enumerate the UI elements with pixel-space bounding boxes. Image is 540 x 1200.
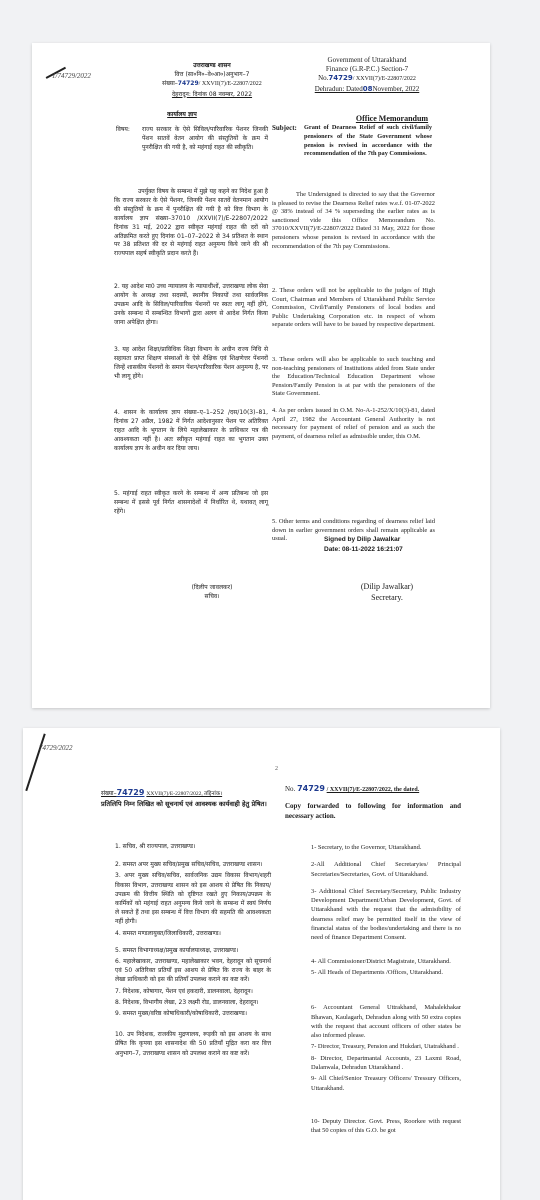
english-number-suffix: / XXVII(7)/E-22807/2022, the dated.: [327, 787, 420, 793]
list-item: 1. सचिव, श्री राज्यपाल, उत्तराखण्ड।: [115, 842, 271, 851]
hindi-para-3: 3. यह आदेश शिक्षा/प्राविधिक शिक्षा विभाग…: [114, 346, 268, 382]
date-suffix: November, 2022: [373, 85, 420, 93]
hindi-para-2: 2. यह आदेश मा0 उच्च न्यायालय के न्यायाधी…: [114, 283, 268, 328]
hindi-copy-intro: प्रतिलिपि निम्न लिखित को सूचनार्थ एवं आव…: [101, 799, 271, 810]
list-item: 2-All Additional Chief Secretaryies/ Pri…: [311, 860, 461, 879]
english-signatory-name: (Dilip Jawalkar): [332, 581, 442, 592]
english-title: Office Memorandum: [332, 114, 452, 123]
english-header-line1: Government of Uttarakhand: [282, 56, 452, 65]
list-item: 9- All Chief/Senior Treasury Officers/ T…: [311, 1074, 461, 1093]
list-item: 3- Additional Chief Secretary/Secretary,…: [311, 887, 461, 943]
signature-date: Date: 08-11-2022 16:21:07: [324, 545, 403, 555]
hindi-number-line: संख्या–74729/ XXVII(7)/E-22807/2022: [127, 79, 297, 89]
hindi-number-suffix: XXVII(7)/E-22807/2022, तद्दिनांक।: [146, 791, 222, 797]
signature-signed-by: Signed by Dilip Jawalkar: [324, 535, 403, 545]
hindi-para-4: 4. शासन के कार्यालय ज्ञाप संख्या–ए–1–252…: [114, 409, 268, 454]
english-para-1: The Undersigned is directed to say that …: [272, 191, 435, 251]
hindi-subject-label: विषय:: [116, 125, 130, 134]
english-subject: Grant of Dearness Relief of such civil/f…: [304, 124, 432, 159]
hindi-title: कार्यालय ज्ञाप: [142, 110, 222, 119]
list-item: 3. अपर मुख्य सचिव/सचिव, सार्वजनिक उद्यम …: [115, 871, 271, 926]
file-reference: 1/74729/2022: [52, 72, 91, 81]
hindi-copy-number: संख्या–74729 XXVII(7)/E-22807/2022, तद्द…: [101, 788, 291, 799]
english-number-prefix: No.: [318, 74, 328, 82]
list-item: 10- Deputy Director. Govt. Press, Roorke…: [311, 1117, 461, 1136]
list-item: 8. निदेशक, विभागीय लेखा, 23 लक्ष्मी रोड,…: [115, 998, 271, 1007]
ink-slash-mark: [25, 733, 45, 791]
english-copy-intro: Copy forwarded to following for informat…: [285, 801, 461, 821]
english-header: Government of Uttarakhand Finance (G.R-P…: [282, 56, 452, 94]
hindi-number-prefix: संख्या–: [101, 790, 117, 797]
list-item: 6. महालेखाकार, उत्तराखण्ड, महालेखाकार भव…: [115, 957, 271, 985]
list-item: 7. निदेशक, कोषागार, पेंशन एवं हकदारी, डा…: [115, 987, 271, 996]
list-item: 1- Secretary, to the Governor, Uttarakha…: [311, 843, 461, 852]
hindi-signatory-name: (दिलीप जावलकर): [172, 583, 252, 592]
document-page-1: 1/74729/2022 उत्तराखण्ड शासन वित्त (सा०न…: [32, 43, 490, 708]
english-copy-number: No. 74729 / XXVII(7)/E-22807/2022, the d…: [285, 784, 465, 795]
list-item: 9. समस्त मुख्य/वरिष्ठ कोषाधिकारी/कोषाधिक…: [115, 1009, 271, 1018]
english-para-4: 4. As per orders issued in O.M. No-A-1-2…: [272, 407, 435, 441]
hindi-subject: राज्य सरकार के ऐसे सिविल/पारिवारिक पेंशन…: [142, 125, 268, 153]
hindi-para-1: उपर्युक्त विषय के सम्बन्ध में मुझे यह कह…: [114, 188, 268, 259]
english-header-line2: Finance (G.R-P.C.) Section-7: [282, 65, 452, 74]
english-recipient-list: 1- Secretary, to the Governor, Uttarakha…: [311, 843, 461, 1142]
list-item: 4. समस्त मण्डलायुक्त/जिलाधिकारी, उत्तराख…: [115, 929, 271, 938]
list-item: 6- Accountant General Uttrakhand, Mahale…: [311, 1003, 461, 1040]
english-subject-label: Subject:: [272, 124, 297, 133]
handwritten-date: 08: [363, 85, 373, 93]
english-date-line: Dehradun: Dated08November, 2022: [282, 85, 452, 94]
hindi-header: उत्तराखण्ड शासन वित्त (सा०नि०–वे०आ०)अनुभ…: [127, 61, 297, 99]
document-page-2: 74729/2022 2 संख्या–74729 XXVII(7)/E-228…: [23, 728, 500, 1200]
hindi-recipient-list: 1. सचिव, श्री राज्यपाल, उत्तराखण्ड। 2. स…: [115, 842, 271, 1064]
list-item: 7- Director, Treasury, Pension and Hukda…: [311, 1042, 461, 1051]
handwritten-number: 74729: [178, 80, 199, 87]
english-number-suffix: / XXVII(7)/E-22807/2022: [353, 76, 416, 82]
file-reference: 74729/2022: [39, 744, 72, 753]
page-number: 2: [275, 765, 278, 774]
handwritten-number: 74729: [297, 784, 325, 793]
hindi-signatory: (दिलीप जावलकर) सचिव।: [172, 583, 252, 601]
english-number-line: No.74729/ XXVII(7)/E-22807/2022: [282, 74, 452, 84]
list-item: 2. समस्त अपर मुख्य सचिव/प्रमुख सचिव/सचिव…: [115, 860, 271, 869]
hindi-header-line2: वित्त (सा०नि०–वे०आ०)अनुभाग–7: [127, 70, 297, 79]
hindi-header-line1: उत्तराखण्ड शासन: [127, 61, 297, 70]
list-item: 5. समस्त विभागाध्यक्ष/प्रमुख कार्यालयाध्…: [115, 946, 271, 955]
english-number-prefix: No.: [285, 785, 295, 793]
hindi-number-suffix: / XXVII(7)/E-22807/2022: [199, 81, 262, 87]
list-item: 4- All Commissioner/District Magistrate,…: [311, 957, 461, 966]
english-para-2: 2. These orders will not be applicable t…: [272, 287, 435, 330]
english-para-3: 3. These orders will also be applicable …: [272, 356, 435, 399]
handwritten-number: 74729: [117, 788, 145, 797]
english-signatory-designation: Secretary.: [332, 592, 442, 603]
handwritten-number: 74729: [328, 74, 352, 82]
hindi-para-5: 5. महंगाई राहत स्वीकृत करने के सम्बन्ध म…: [114, 490, 268, 517]
list-item: 8- Director, Departmantal Accounts, 23 L…: [311, 1054, 461, 1073]
list-item: 10. उप निदेशक, राजकीय मुद्रणालय, रूड़की …: [115, 1030, 271, 1058]
hindi-signatory-designation: सचिव।: [172, 592, 252, 601]
list-item: 5- All Heads of Departments /Offices, Ut…: [311, 968, 461, 977]
date-prefix: Dehradun: Dated: [315, 85, 363, 93]
english-signatory: (Dilip Jawalkar) Secretary.: [332, 581, 442, 603]
hindi-date-line: देहरादून: दिनांक 08 नवम्बर, 2022: [127, 90, 297, 99]
digital-signature: Signed by Dilip Jawalkar Date: 08-11-202…: [324, 535, 403, 555]
hindi-number-prefix: संख्या–: [162, 80, 178, 87]
